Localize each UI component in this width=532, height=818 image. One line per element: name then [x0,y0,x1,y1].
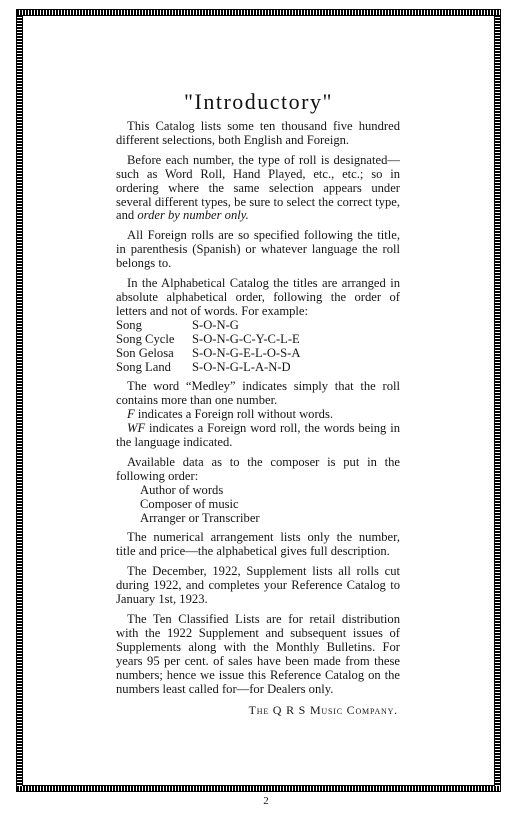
example-word: Song [116,319,192,333]
example-row: Song Land S-O-N-G-L-A-N-D [116,361,300,375]
introductory-text: This Catalog lists some ten thousand fiv… [116,120,400,718]
page-title: "Introductory" [23,89,494,115]
word-foreign-symbol-description: indicates a Foreign word roll, the words… [116,421,400,449]
paragraph-classified-lists: The Ten Classified Lists are for retail … [116,613,400,696]
paragraph-foreign-rolls: All Foreign rolls are so specified follo… [116,229,400,271]
example-row: Song S-O-N-G [116,319,300,333]
paragraph-december-supplement: The December, 1922, Supplement lists all… [116,565,400,607]
example-row: Son Gelosa S-O-N-G-E-L-O-S-A [116,347,300,361]
composer-order-list: Author of words Composer of music Arrang… [116,484,400,526]
example-word: Song Land [116,361,192,375]
foreign-symbol-description: indicates a Foreign roll without words. [135,407,333,421]
order-by-number-emphasis: order by number only. [137,208,248,222]
composer-order-item: Composer of music [140,498,400,512]
alphabetical-example-table: Song S-O-N-G Song Cycle S-O-N-G-C-Y-C-L-… [116,319,300,375]
composer-order-item: Author of words [140,484,400,498]
composer-order-item: Arranger or Transcriber [140,512,400,526]
paragraph-catalog-size: This Catalog lists some ten thousand fiv… [116,120,400,148]
paragraph-composer-data: Available data as to the composer is put… [116,456,400,484]
page-content-area: "Introductory" This Catalog lists some t… [22,15,495,786]
word-foreign-symbol: WF [127,421,145,435]
paragraph-numerical-arrangement: The numerical arrangement lists only the… [116,531,400,559]
example-spelling: S-O-N-G-E-L-O-S-A [192,347,300,361]
decorative-page-border: "Introductory" This Catalog lists some t… [16,9,501,792]
page-number: 2 [0,795,532,807]
example-spelling: S-O-N-G [192,319,300,333]
paragraph-alphabetical-order: In the Alphabetical Catalog the titles a… [116,277,400,319]
company-signature: The Q R S Music Company. [116,704,400,718]
example-word: Song Cycle [116,333,192,347]
paragraph-medley: The word “Medley” indicates simply that … [116,380,400,408]
example-row: Song Cycle S-O-N-G-C-Y-C-L-E [116,333,300,347]
example-spelling: S-O-N-G-L-A-N-D [192,361,300,375]
example-spelling: S-O-N-G-C-Y-C-L-E [192,333,300,347]
example-word: Son Gelosa [116,347,192,361]
foreign-symbol: F [127,407,135,421]
paragraph-foreign-word-roll: WF indicates a Foreign word roll, the wo… [116,422,400,450]
paragraph-roll-type: Before each number, the type of roll is … [116,154,400,224]
paragraph-foreign-no-words: F indicates a Foreign roll without words… [116,408,400,422]
